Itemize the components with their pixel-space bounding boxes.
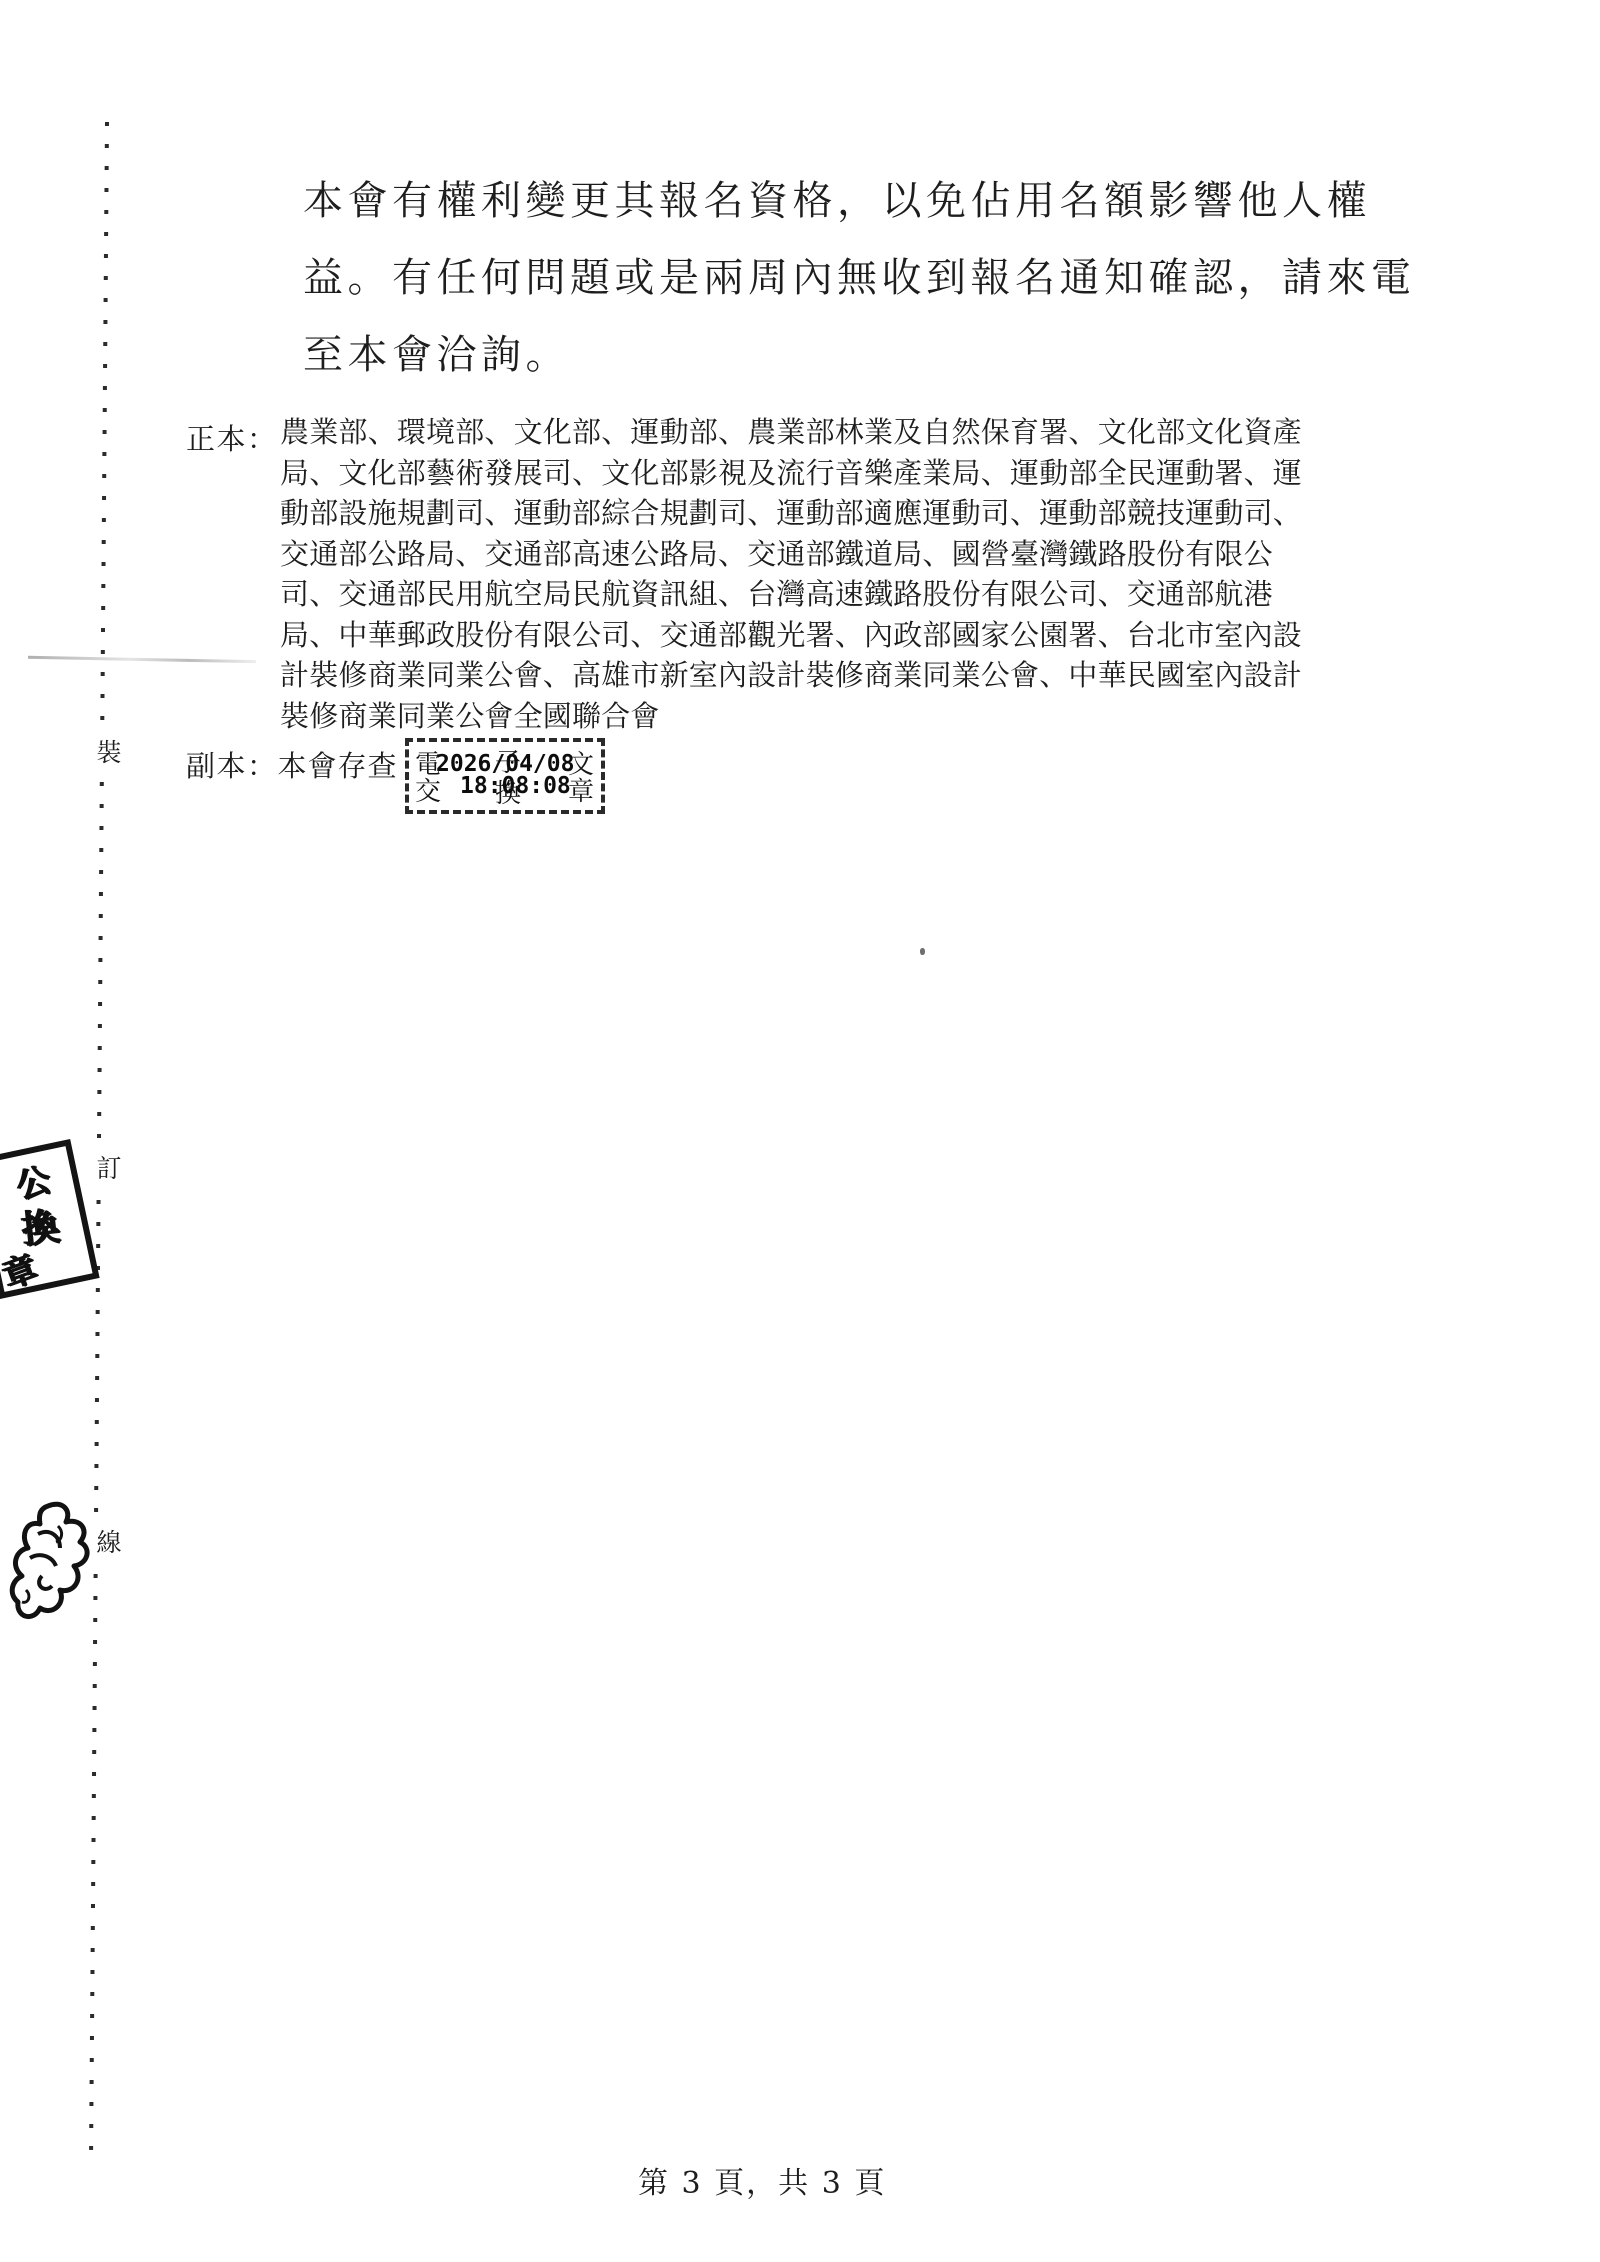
scan-artifact-line xyxy=(28,656,256,663)
scan-speck xyxy=(920,948,925,955)
recipient-line: 局、中華郵政股份有限公司、交通部觀光署、內政部國家公園署、台北市室內設 xyxy=(280,615,1320,656)
recipient-line: 農業部、環境部、文化部、運動部、農業部林業及自然保育署、文化部文化資產 xyxy=(280,412,1320,453)
partial-exchange-seal: 公 換 章 xyxy=(0,1139,100,1299)
carbon-copy-content: 本會存查 xyxy=(278,749,398,783)
recipient-line: 局、文化部藝術發展司、文化部影視及流行音樂產業局、運動部全民運動署、運 xyxy=(280,453,1320,494)
recipient-line: 司、交通部民用航空局民航資訊組、台灣高速鐵路股份有限公司、交通部航港 xyxy=(280,574,1320,615)
scanned-official-document-page: 裝 訂 線 本會有權利變更其報名資格，以免佔用名額影響他人權 益。有任何問題或是… xyxy=(0,0,1600,2262)
binding-mark-ding: 訂 xyxy=(90,1144,128,1190)
recipient-line: 交通部公路局、交通部高速公路局、交通部鐵道局、國營臺灣鐵路股份有限公 xyxy=(280,534,1320,575)
electronic-exchange-stamp: 電 子 文 交 換 章 2026/04/08 18:08:08 xyxy=(405,738,605,814)
original-copy-label: 正本： xyxy=(186,417,278,458)
recipient-line: 動部設施規劃司、運動部綜合規劃司、運動部適應運動司、運動部競技運動司、 xyxy=(280,493,1320,534)
body-line: 本會有權利變更其報名資格，以免佔用名額影響他人權 xyxy=(303,163,1433,240)
carbon-copy-row: 副本：本會存查 xyxy=(186,744,398,785)
body-line: 益。有任何問題或是兩周內無收到報名通知確認，請來電 xyxy=(303,240,1433,317)
recipient-line: 裝修商業同業公會全國聯合會 xyxy=(280,696,1320,737)
recipient-line: 計裝修商業同業公會、高雄市新室內設計裝修商業同業公會、中華民國室內設計 xyxy=(280,655,1320,696)
binding-mark-xian: 線 xyxy=(90,1518,128,1564)
carbon-copy-label: 副本： xyxy=(186,749,278,783)
footer-page-number: 第 3 頁，共 3 頁 xyxy=(638,2158,886,2202)
binding-dotted-line xyxy=(89,122,109,2150)
stamp-time: 18:08:08 xyxy=(460,773,571,799)
body-paragraph: 本會有權利變更其報名資格，以免佔用名額影響他人權 益。有任何問題或是兩周內無收到… xyxy=(303,163,1433,394)
binding-mark-zhuang: 裝 xyxy=(90,728,128,774)
original-recipients-list: 農業部、環境部、文化部、運動部、農業部林業及自然保育署、文化部文化資產 局、文化… xyxy=(280,412,1320,736)
body-line: 至本會洽詢。 xyxy=(303,317,1433,394)
illegible-blob-seal xyxy=(8,1498,98,1648)
